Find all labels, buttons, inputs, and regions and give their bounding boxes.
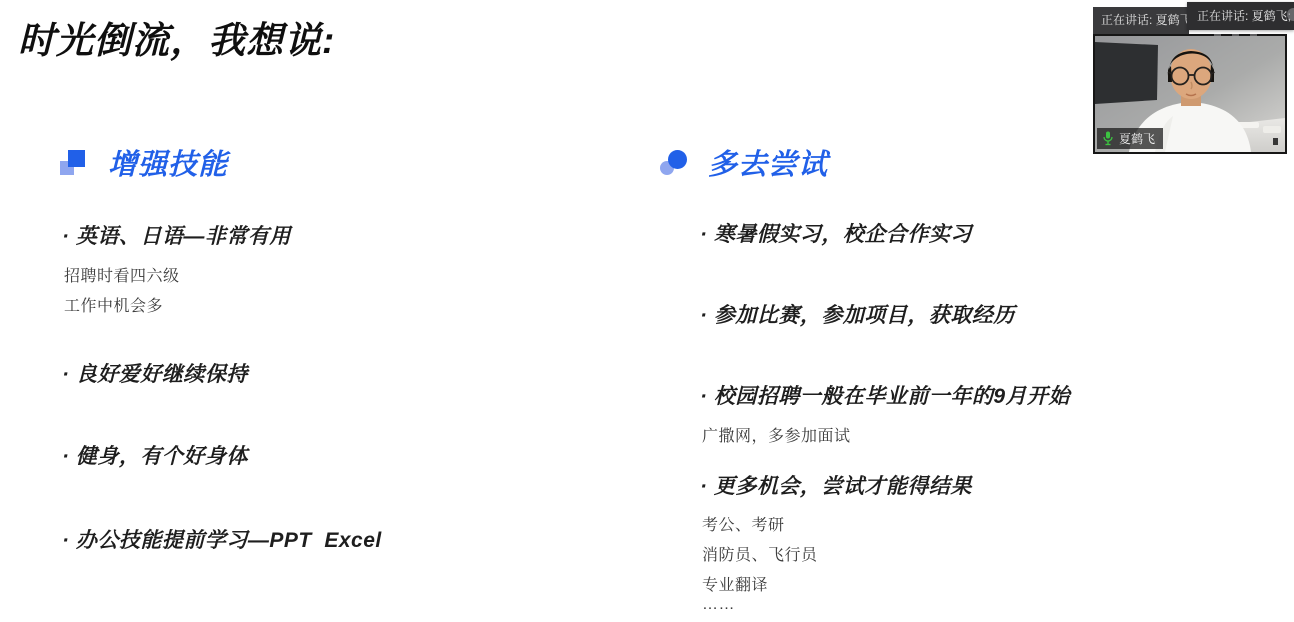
list-subitem: 消防员、飞行员 [702, 542, 818, 565]
square-bullet-icon [60, 147, 90, 179]
square-bullet-dark-shape [68, 150, 85, 167]
mic-on-icon [1102, 131, 1114, 146]
list-item: · 英语、日语—非常有用 [62, 220, 291, 250]
slide-title: 时光倒流，我想说: [18, 10, 335, 64]
dot [1232, 34, 1239, 36]
section-header-label: 增强技能 [108, 142, 228, 183]
webcam-video: 夏鹤飞 [1095, 36, 1285, 152]
toast-resize-dots [1214, 34, 1274, 38]
dot [1250, 34, 1257, 36]
list-subitem: 招聘时看四六级 [64, 263, 180, 286]
section-header-try: 多去尝试 [660, 142, 828, 183]
list-item: · 更多机会，尝试才能得结果 [700, 470, 972, 500]
circle-bullet-dark-shape [668, 150, 687, 169]
list-subitem: …… [702, 596, 735, 614]
list-subitem: 广撒网，多参加面试 [702, 423, 851, 446]
list-subitem: 专业翻译 [702, 572, 768, 595]
list-item: · 寒暑假实习，校企合作实习 [700, 218, 972, 248]
list-item: · 良好爱好继续保持 [62, 358, 248, 388]
list-item: · 办公技能提前学习—PPT Excel [62, 524, 382, 554]
section-header-skills: 增强技能 [60, 142, 228, 183]
list-subitem: 考公、考研 [702, 512, 785, 535]
speaking-indicator-toast-front: 正在讲话: 夏鹤飞; [1187, 2, 1294, 30]
list-item: · 健身，有个好身体 [62, 440, 248, 470]
circle-bullet-icon [660, 147, 690, 179]
list-item: · 参加比赛，参加项目，获取经历 [700, 299, 1015, 329]
speaking-indicator-toast-back: 正在讲话: 夏鹤飞; [1093, 7, 1189, 34]
participant-video-window[interactable]: 夏鹤飞 [1093, 34, 1287, 154]
participant-name: 夏鹤飞 [1119, 130, 1155, 147]
dot [1214, 34, 1221, 36]
participant-name-label: 夏鹤飞 [1097, 128, 1163, 149]
list-subitem: 工作中机会多 [64, 293, 163, 316]
meeting-screen: 时光倒流，我想说: 增强技能 · 英语、日语—非常有用 招聘时看四六级 工作中机… [0, 0, 1294, 622]
section-header-label: 多去尝试 [708, 142, 828, 183]
video-corner-indicator [1273, 138, 1278, 145]
list-item: · 校园招聘一般在毕业前一年的9月开始 [700, 380, 1070, 410]
toast-edge-button[interactable] [1287, 8, 1294, 21]
